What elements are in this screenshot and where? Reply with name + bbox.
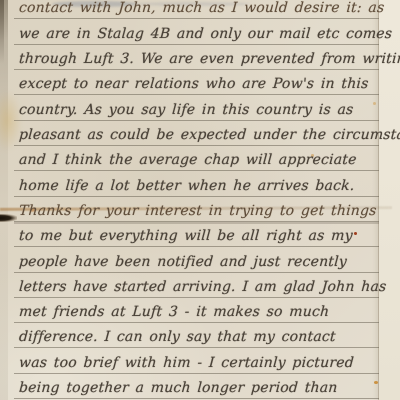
handwritten-text: to me but everything will be all right a… bbox=[13, 227, 353, 246]
handwritten-text: pleasant as could be expected under the … bbox=[13, 126, 400, 145]
letter-line: home life a lot better when he arrives b… bbox=[14, 173, 379, 197]
letter-line: except to near relations who are Pow's i… bbox=[14, 71, 379, 95]
letter-line: pleasant as could be expected under the … bbox=[14, 122, 379, 146]
letter-line: Thanks for your interest in trying to ge… bbox=[14, 198, 379, 222]
handwritten-text: difference. I can only say that my conta… bbox=[13, 328, 336, 347]
letter-line: country. As you say life in this country… bbox=[14, 97, 379, 121]
handwritten-text: country. As you say life in this country… bbox=[13, 101, 354, 120]
letter-line: we are in Stalag 4B and only our mail et… bbox=[14, 21, 379, 45]
letter-line: letters have started arriving. I am glad… bbox=[14, 274, 379, 298]
letter-page: contact with John, much as I would desir… bbox=[0, 0, 400, 400]
letter-line: people have been notified and just recen… bbox=[14, 249, 379, 273]
handwritten-text: through Luft 3. We are even prevented fr… bbox=[13, 50, 400, 69]
handwritten-text: contact with John, much as I would desir… bbox=[13, 0, 385, 18]
handwritten-text: letters have started arriving. I am glad… bbox=[13, 278, 387, 297]
handwritten-text: was too brief with him - I certainly pic… bbox=[13, 354, 354, 373]
handwritten-text: and I think the average chap will apprec… bbox=[13, 151, 357, 170]
letter-line: through Luft 3. We are even prevented fr… bbox=[14, 46, 379, 70]
letter-line: being together a much longer period than bbox=[14, 375, 379, 399]
letter-line: met friends at Luft 3 - it makes so much bbox=[14, 299, 379, 323]
handwritten-text: being together a much longer period than bbox=[13, 379, 338, 398]
handwritten-text: met friends at Luft 3 - it makes so much bbox=[13, 303, 330, 322]
handwritten-text: people have been notified and just recen… bbox=[13, 253, 347, 272]
handwritten-text: Thanks for your interest in trying to ge… bbox=[13, 202, 377, 221]
handwritten-text: we are in Stalag 4B and only our mail et… bbox=[13, 25, 393, 44]
letter-line: to me but everything will be all right a… bbox=[14, 223, 379, 247]
letter-line: contact with John, much as I would desir… bbox=[14, 0, 379, 19]
handwritten-text: home life a lot better when he arrives b… bbox=[13, 177, 355, 196]
letter-line: and I think the average chap will apprec… bbox=[14, 147, 379, 171]
handwritten-text: except to near relations who are Pow's i… bbox=[13, 75, 369, 94]
letter-line: difference. I can only say that my conta… bbox=[14, 324, 379, 348]
letter-line: was too brief with him - I certainly pic… bbox=[14, 350, 379, 374]
paper-left-edge-dark-cap bbox=[0, 0, 4, 64]
